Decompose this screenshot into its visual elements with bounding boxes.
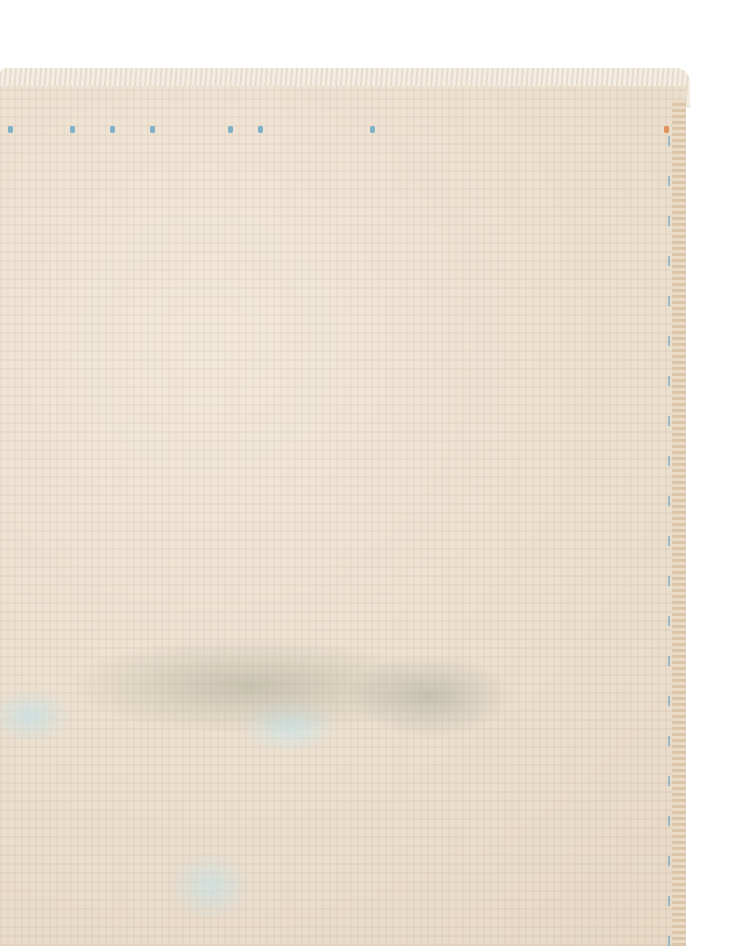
knot-dot	[370, 126, 375, 133]
knot-dot	[8, 126, 13, 133]
knot-dot	[228, 126, 233, 133]
knot-dot	[150, 126, 155, 133]
knot-dot	[70, 126, 75, 133]
rug-side-binding	[672, 100, 686, 946]
rug-pile	[0, 86, 686, 946]
knot-dot	[258, 126, 263, 133]
knot-dot	[664, 126, 669, 133]
blue-knot-row	[0, 126, 680, 134]
blue-edge-thread	[668, 120, 670, 946]
knot-dot	[110, 126, 115, 133]
